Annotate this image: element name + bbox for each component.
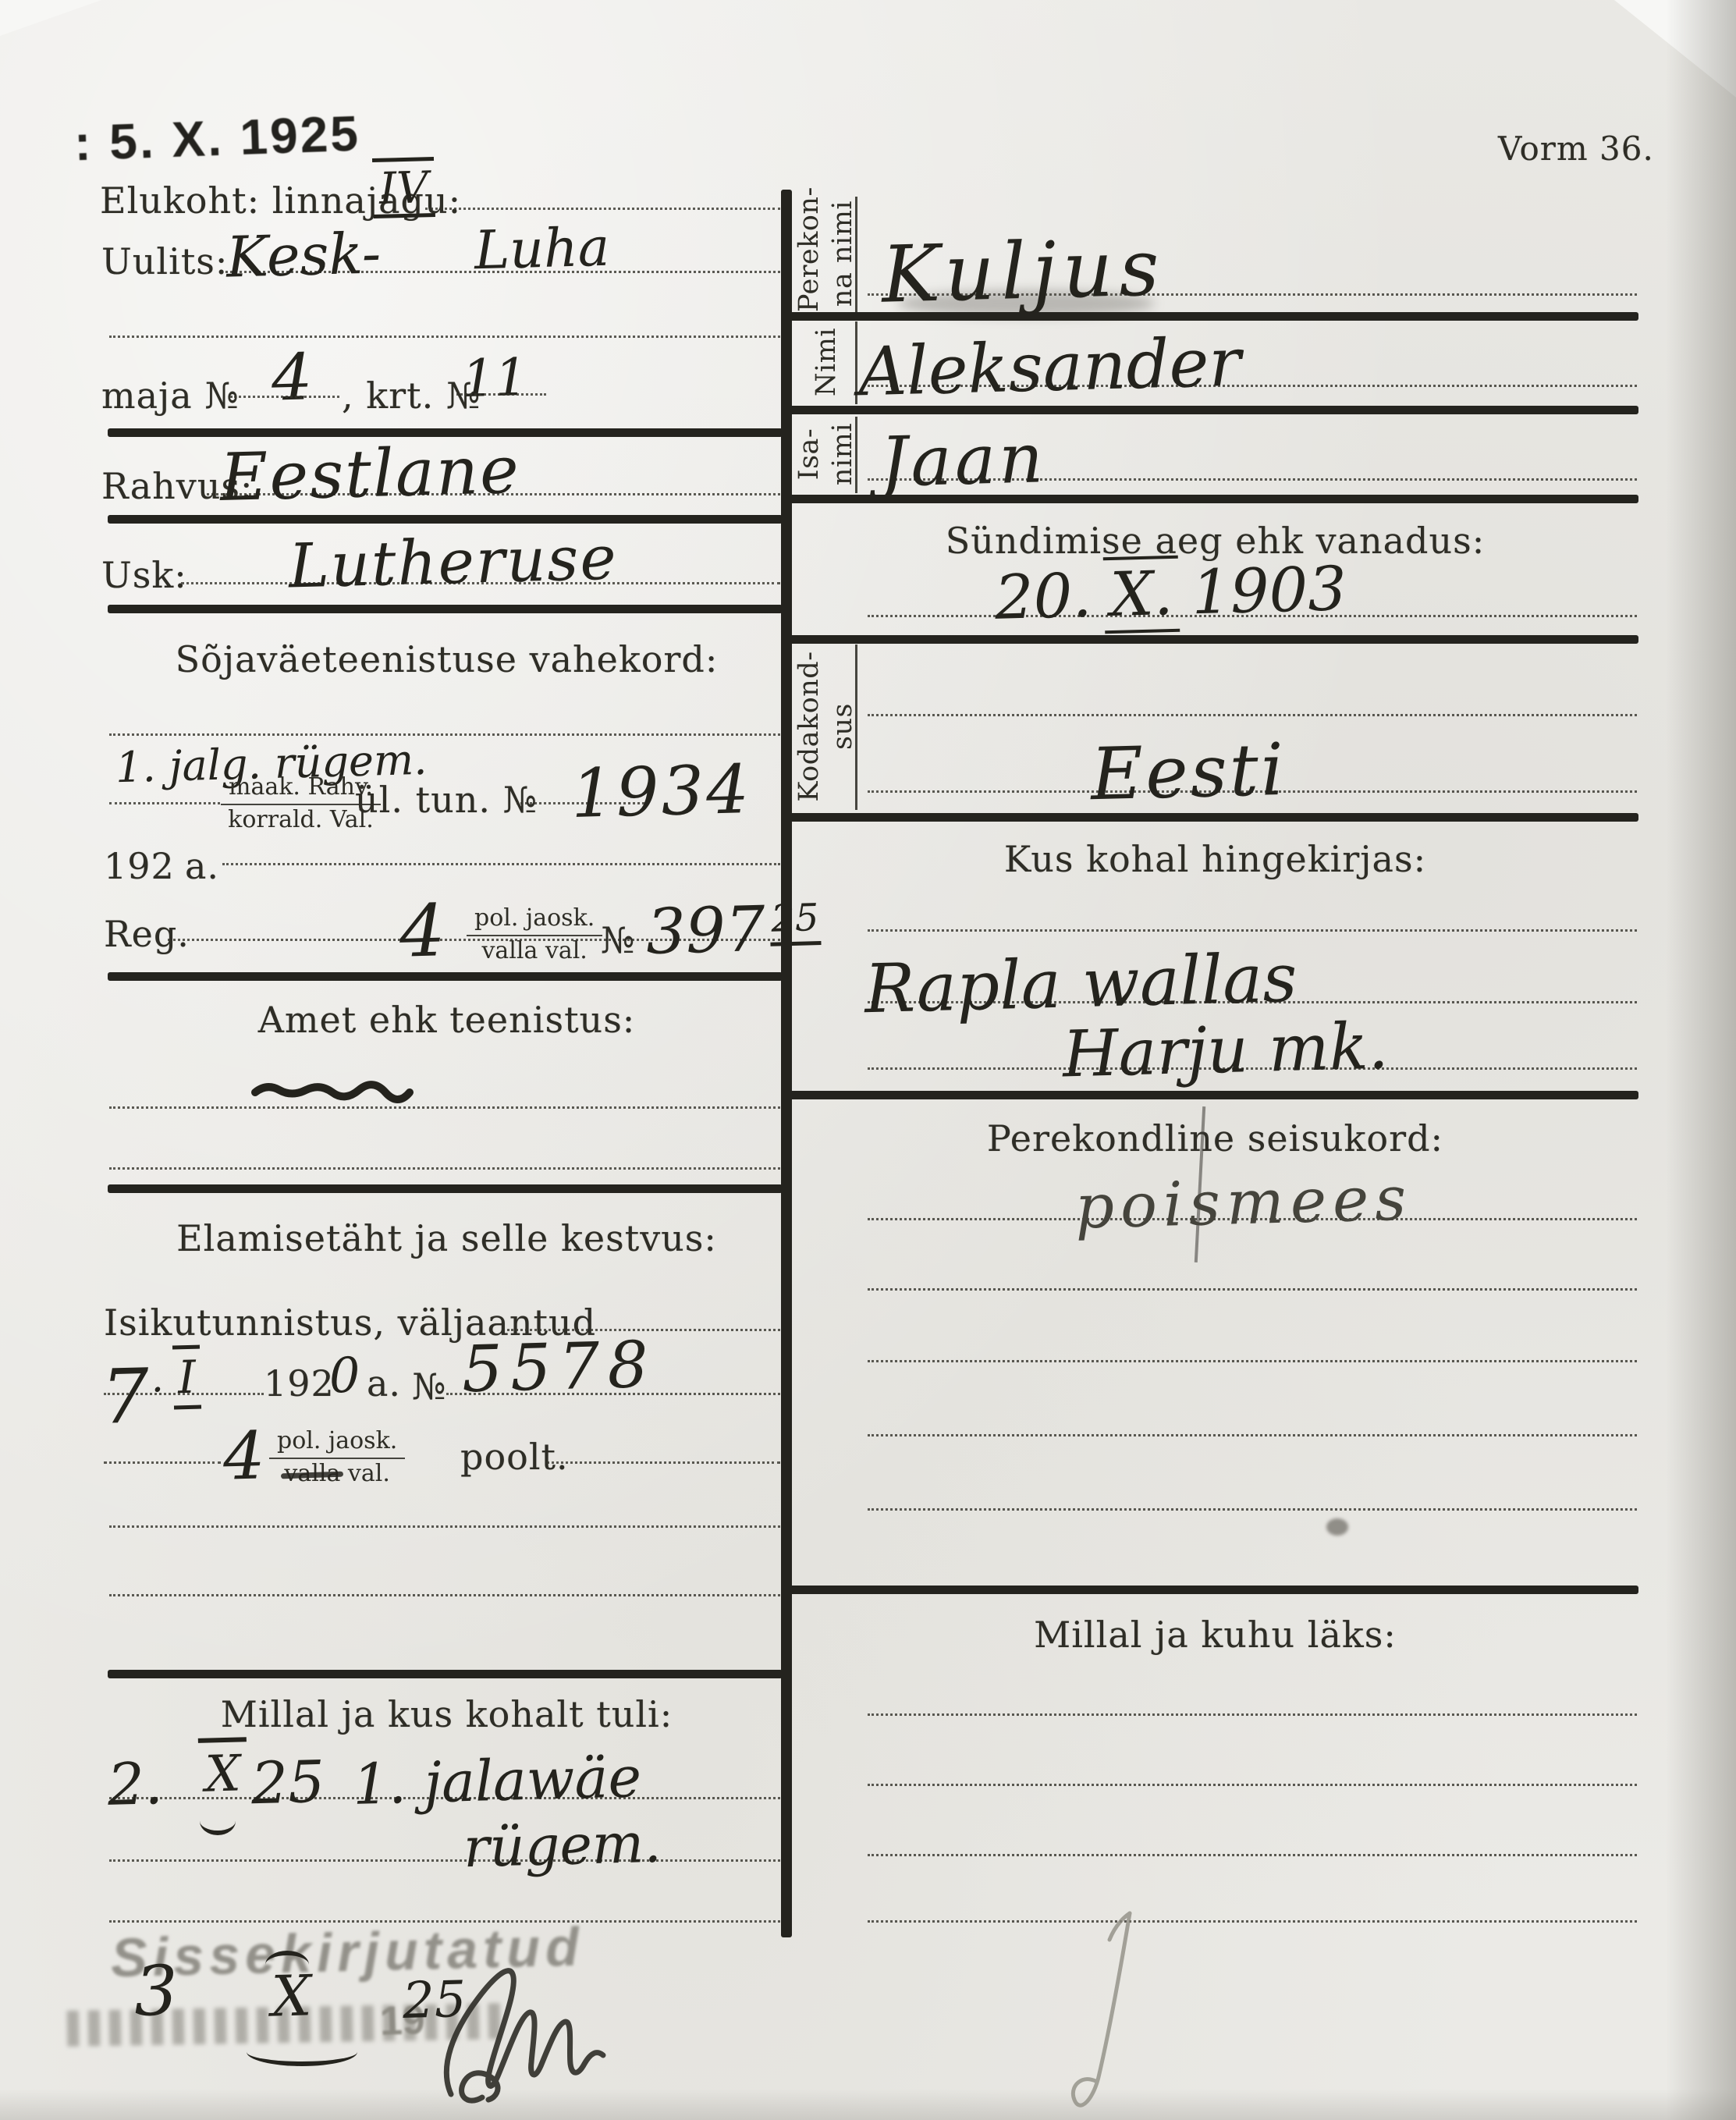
father-name-value: Jaan [879, 424, 1047, 497]
form-number: Vorm 36. [1498, 131, 1654, 167]
year-prefix-label: 192 [104, 847, 175, 886]
id-a-label: a. [367, 1364, 401, 1404]
dotted-line [868, 1434, 1637, 1436]
name-vertical-label: Nimi [793, 320, 860, 404]
krt-label: , krt. № [342, 376, 481, 416]
citizenship-vertical-label: Kodakond- sus [793, 641, 860, 811]
reg-district-value: 4 [399, 895, 446, 968]
pol-jaosk-fraction: pol. jaosk. valla val. [467, 905, 602, 964]
section-rule [108, 1184, 783, 1193]
street-name-1: Kesk- [225, 225, 382, 285]
birth-date-value: 20.X.1903 [994, 559, 1347, 629]
fraction-bottom: valla val. [467, 936, 602, 964]
id-issue-day: 7 [101, 1358, 151, 1435]
birth-month: X. [1103, 556, 1180, 634]
official-ink-signature [434, 1941, 621, 2109]
no-sign: № [601, 921, 636, 961]
arrival-unit-1: 1. jalawäe [352, 1749, 642, 1813]
house-number-value: 4 [271, 346, 313, 410]
street-name-2: Luha [474, 222, 610, 279]
father-name-vertical-label: Isa- nimi [793, 415, 860, 493]
family-status-header: Perekondline seisukord: [792, 1119, 1638, 1159]
arrival-month: X [198, 1749, 247, 1800]
father-label-line2: nimi [826, 415, 860, 493]
paper-edge-shadow-bottom [0, 2089, 1736, 2120]
religion-value: Lutheruse [288, 527, 618, 597]
dotted-line [868, 1360, 1637, 1362]
id-issue-month: I [172, 1355, 201, 1401]
ink-blot [1326, 1518, 1348, 1536]
reg-number-superscript: 25 [769, 896, 822, 946]
arrival-header: Millal ja kus kohalt tuli: [109, 1695, 784, 1735]
departure-header: Millal ja kuhu läks: [792, 1615, 1638, 1655]
id-year-printed: 192 [264, 1364, 335, 1404]
scanned-registration-card: : 5. X. 1925 Vorm 36. Elukoht: linnajagu… [0, 0, 1736, 2120]
surname-vertical-label: Perekon- na nimi [793, 195, 860, 312]
dotted-line [109, 336, 780, 338]
dotted-line [222, 863, 780, 865]
roman-numeral-underline [200, 1820, 236, 1835]
roman-numeral-underline [247, 2051, 357, 2066]
district-value: IV [372, 166, 435, 211]
dotted-line [109, 1594, 780, 1596]
residence-permit-header: Elamisetäht ja selle kestvus: [109, 1219, 784, 1259]
certificate-number-value: 1934 [570, 756, 752, 828]
handwritten-dash-stroke [251, 1075, 423, 1106]
section-rule [783, 495, 1638, 503]
uulits-label: Uulits: [101, 242, 228, 282]
dotted-line [868, 1920, 1637, 1923]
id-issuer-district: 4 [222, 1422, 266, 1489]
arrival-day: 2. [107, 1755, 164, 1814]
section-rule [783, 1586, 1638, 1594]
birth-date-header: Sündimise aeg ehk vanadus: [792, 521, 1638, 561]
section-rule [108, 972, 783, 981]
nationality-value: Eestlane [219, 437, 521, 510]
surname-label-line2: na nimi [826, 195, 860, 312]
dotted-line [868, 929, 1637, 932]
dotted-line [109, 1525, 780, 1528]
residence-value-2: Harju mk. [1062, 1015, 1389, 1088]
reg-label: Reg. [104, 914, 190, 954]
entry-day-value: 3 [133, 1956, 179, 2026]
section-rule [783, 813, 1638, 822]
column-divider [781, 190, 792, 1937]
maja-label: maja № [101, 376, 240, 416]
id-number-value: 5578 [461, 1333, 657, 1402]
section-rule [783, 1091, 1638, 1099]
dotted-line [230, 396, 339, 398]
father-label-line1: Isa- [793, 415, 826, 493]
citizenship-value: Eesti [1090, 734, 1287, 811]
dotted-line [425, 208, 780, 210]
dotted-line [868, 1288, 1637, 1291]
label-separator-line [855, 417, 857, 493]
ul-tun-label: ül. tun. № [355, 780, 538, 820]
id-year-hand: 0 [328, 1351, 360, 1400]
birth-year: 1903 [1191, 554, 1347, 628]
dotted-line [456, 393, 546, 396]
section-rule [108, 605, 783, 613]
dotted-line [104, 1461, 221, 1464]
pol-jaosk-fraction-2: pol. jaosk. valla val. [269, 1428, 405, 1486]
citizenship-label-line1: Kodakond- [793, 641, 826, 811]
section-rule [783, 312, 1638, 321]
label-separator-line [855, 197, 857, 312]
fraction-bottom: valla val. [269, 1459, 405, 1487]
label-separator-line [855, 645, 857, 810]
dotted-line [868, 1713, 1637, 1716]
residence-header: Kus kohal hingekirjas: [792, 840, 1638, 879]
section-rule [108, 515, 783, 524]
dotted-line [868, 714, 1637, 716]
fraction-top: pol. jaosk. [467, 905, 602, 936]
citizenship-label-line2: sus [826, 641, 860, 811]
fraction-top: pol. jaosk. [269, 1428, 405, 1459]
section-rule [783, 406, 1638, 414]
residence-value-1: Rapla wallas [864, 945, 1298, 1023]
first-name-value: Aleksander [857, 329, 1242, 407]
date-received-stamp: : 5. X. 1925 [73, 105, 361, 172]
section-rule [108, 1670, 783, 1678]
poolt-label: poolt. [460, 1437, 569, 1477]
dotted-line [109, 1106, 780, 1109]
occupation-header: Amet ehk teenistus: [109, 1000, 784, 1040]
arrival-unit-2: rügem. [463, 1816, 662, 1876]
dotted-line [109, 733, 780, 736]
paper-edge-shadow [1666, 0, 1736, 2120]
birth-day: 20. [994, 561, 1092, 634]
reg-number-value: 39725 [645, 897, 822, 964]
surname-label-line1: Perekon- [793, 195, 826, 312]
family-status-value: poismees [1074, 1168, 1413, 1238]
section-rule [783, 635, 1638, 644]
pencil-mark [1038, 1888, 1163, 2120]
surname-value: Kuljus [881, 229, 1166, 314]
dotted-line [109, 1167, 780, 1170]
military-service-header: Sõjaväeteenistuse vahekord: [109, 640, 784, 680]
dotted-line [868, 1784, 1637, 1786]
dotted-line [109, 802, 220, 804]
usk-label: Usk: [101, 556, 187, 595]
id-issue-separator: · [151, 1370, 164, 1409]
dotted-line [868, 1508, 1637, 1511]
name-label-line1: Nimi [810, 320, 843, 404]
dotted-line [868, 1854, 1637, 1856]
arrival-year: 25 [250, 1753, 325, 1813]
dotted-line [109, 1859, 780, 1862]
year-a-label: a. [185, 847, 219, 886]
apartment-number-value: 11 [461, 352, 528, 405]
entry-month-value: X [271, 1967, 312, 2024]
no-sign: № [412, 1367, 447, 1407]
dotted-line [546, 1461, 780, 1464]
torn-corner-left [0, 0, 101, 36]
